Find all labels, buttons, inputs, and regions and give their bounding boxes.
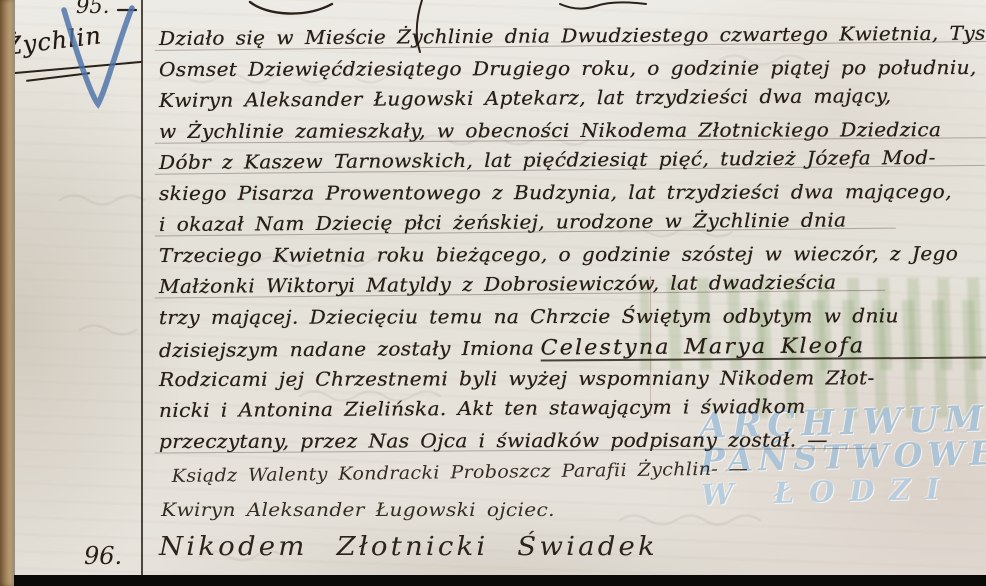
record-body: Działo się w Mieście Żychlinie dnia Dwud… <box>0 0 986 586</box>
book-binding-edge <box>0 0 15 586</box>
record-line: Rodzicami jej Chrzestnemi byli wyżej wsp… <box>159 367 875 391</box>
record-line: skiego Pisarza Prowentowego z Budzynia, … <box>159 181 952 205</box>
signature-line: Kwiryn Aleksander Ługowski ojciec. <box>161 499 555 521</box>
record-line: dzisiejszym nadane zostały ImionaCelesty… <box>159 332 986 364</box>
signature-line: Nikodem Złotnicki Świadek <box>159 532 658 562</box>
record-line: nicki i Antonina Zielińska. Akt ten staw… <box>159 396 806 422</box>
scanned-register-page: ARCHIWUM PAŃSTWOWE W ŁODZI 95. Żychlin 9… <box>0 0 986 586</box>
record-line: Osmset Dziewięćdziesiątego Drugiego roku… <box>159 57 986 81</box>
signature-line: Ksiądz Walenty Kondracki Proboszcz Paraf… <box>172 458 749 487</box>
record-line: Kwiryn Aleksander Ługowski Aptekarz, lat… <box>159 85 892 112</box>
scan-bottom-edge <box>14 575 986 586</box>
record-line: trzy mającej. Dziecięciu temu na Chrzcie… <box>159 305 899 329</box>
record-line: w Żychlinie zamieszkały, w obecności Nik… <box>159 119 941 143</box>
record-line-text: dzisiejszym nadane zostały Imiona <box>159 338 534 362</box>
record-line: przeczytany, przez Nas Ojca i świadków p… <box>159 429 828 453</box>
record-line: Małżonki Wiktoryi Matyldy z Dobrosiewicz… <box>159 272 837 298</box>
child-names: Celestyna Marya Kleofa <box>540 332 986 361</box>
record-line: i okazał Nam Dziecię płci żeńskiej, urod… <box>159 209 847 236</box>
record-line: Trzeciego Kwietnia roku bieżącego, o god… <box>159 243 958 267</box>
record-line: Dóbr z Kaszew Tarnowskich, lat pięćdzies… <box>159 147 936 174</box>
record-line: Działo się w Mieście Żychlinie dnia Dwud… <box>159 22 986 50</box>
